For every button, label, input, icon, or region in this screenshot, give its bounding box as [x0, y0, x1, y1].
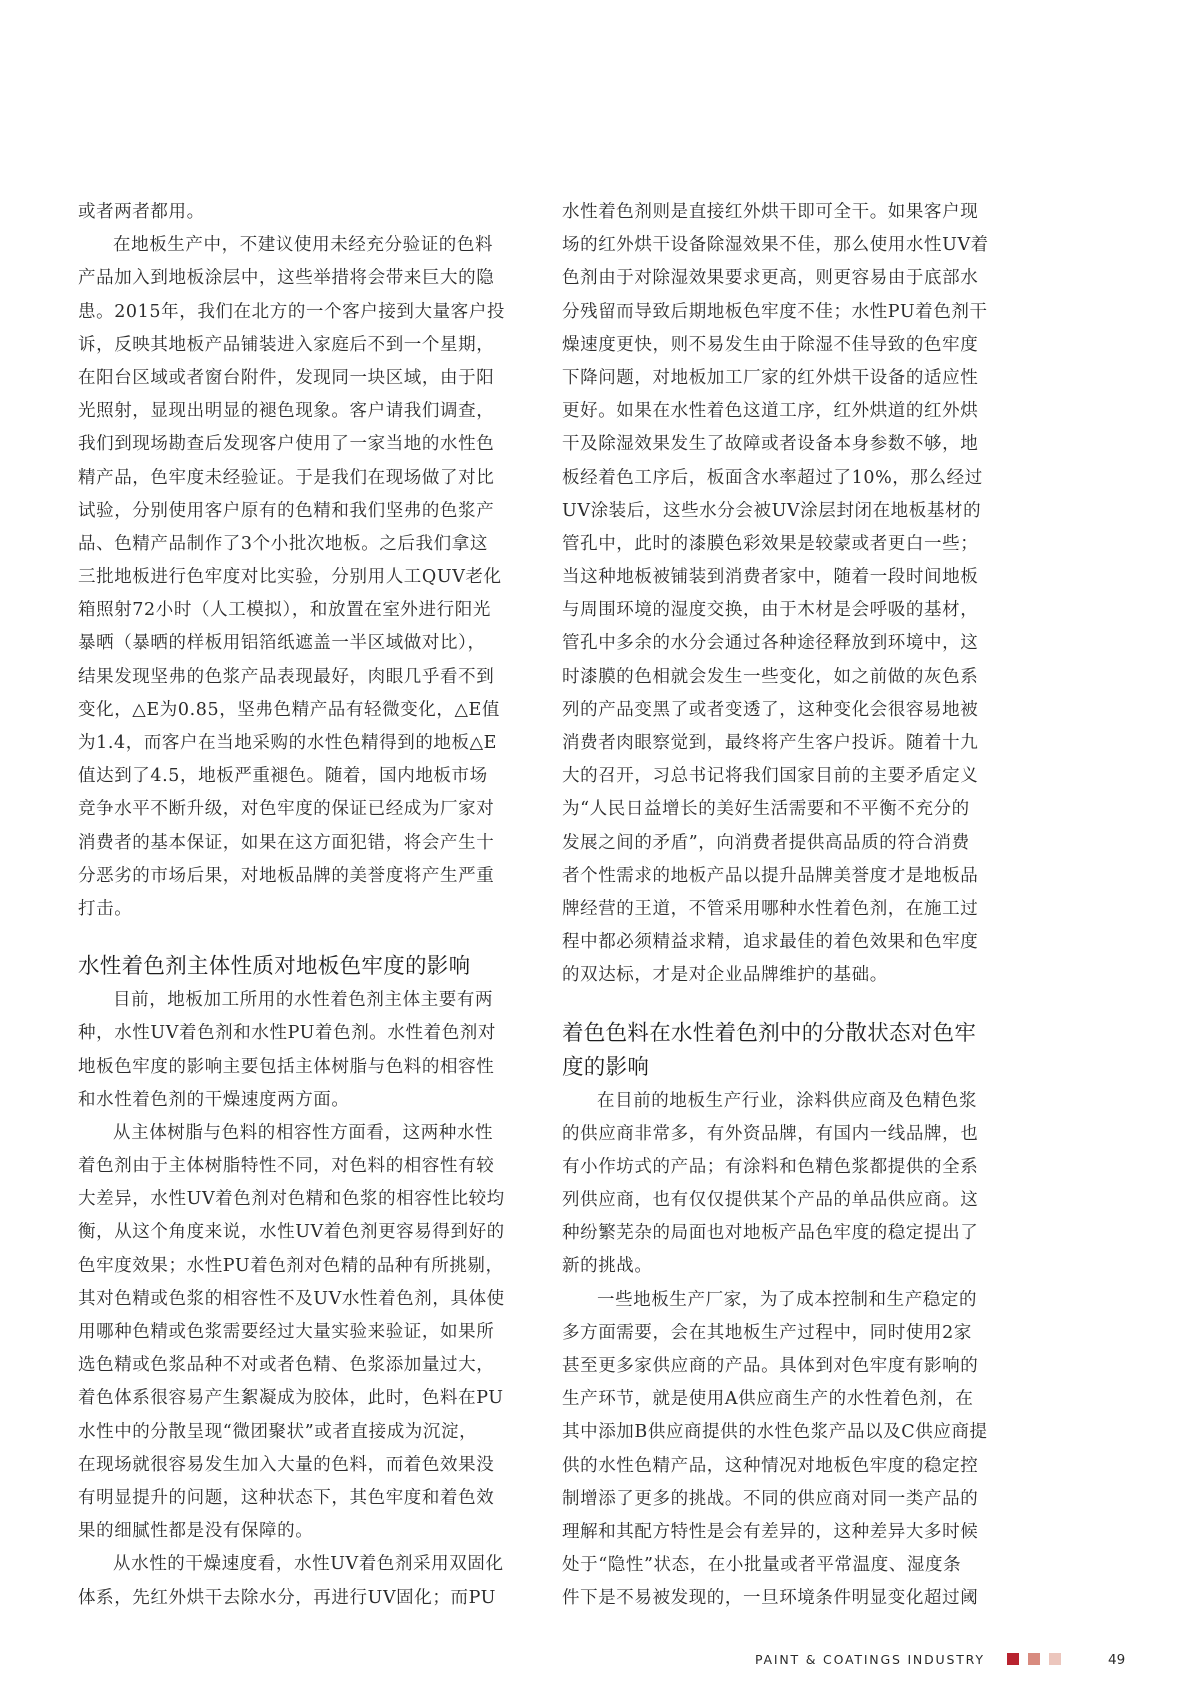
paragraph-line: 和水性着色剂的干燥速度两方面。 [78, 1084, 518, 1117]
section-heading: 着色色料在水性着色剂中的分散状态对色牢 [562, 1017, 1012, 1051]
paragraph-line: 水性着色剂则是直接红外烘干即可全干。如果客户现 [562, 196, 1012, 229]
paragraph-line: 一些地板生产厂家，为了成本控制和生产稳定的 [562, 1284, 1012, 1317]
paragraph-line: 种，水性UV着色剂和水性PU着色剂。水性着色剂对 [78, 1017, 518, 1050]
paragraph-line: 患。2015年，我们在北方的一个客户接到大量客户投 [78, 296, 518, 329]
paragraph-line: 干及除湿效果发生了故障或者设备本身参数不够，地 [562, 428, 1012, 461]
paragraph-line: 制增添了更多的挑战。不同的供应商对同一类产品的 [562, 1483, 1012, 1516]
paragraph-line: UV涂装后，这些水分会被UV涂层封闭在地板基材的 [562, 495, 1012, 528]
paragraph-line: 地板色牢度的影响主要包括主体树脂与色料的相容性 [78, 1051, 518, 1084]
paragraph-line: 燥速度更快，则不易发生由于除湿不佳导致的色牢度 [562, 329, 1012, 362]
paragraph-line: 果的细腻性都是没有保障的。 [78, 1515, 518, 1548]
paragraph-line: 试验，分别使用客户原有的色精和我们坚弗的色浆产 [78, 495, 518, 528]
paragraph-line: 处于“隐性”状态，在小批量或者平常温度、湿度条 [562, 1549, 1012, 1582]
paragraph-line: 分恶劣的市场后果，对地板品牌的美誉度将产生严重 [78, 860, 518, 893]
decor-square-dark-red [1007, 1653, 1019, 1665]
paragraph-line: 时漆膜的色相就会发生一些变化，如之前做的灰色系 [562, 661, 1012, 694]
paragraph-line: 场的红外烘干设备除湿效果不佳，那么使用水性UV着 [562, 229, 1012, 262]
paragraph-line: 衡，从这个角度来说，水性UV着色剂更容易得到好的 [78, 1216, 518, 1249]
paragraph-line: 有明显提升的问题，这种状态下，其色牢度和着色效 [78, 1482, 518, 1515]
paragraph-line: 打击。 [78, 893, 518, 926]
paragraph-line: 竞争水平不断升级，对色牢度的保证已经成为厂家对 [78, 793, 518, 826]
decor-square-medium-red [1028, 1653, 1040, 1665]
paragraph-line: 件下是不易被发现的，一旦环境条件明显变化超过阈 [562, 1582, 1012, 1615]
paragraph-line: 值达到了4.5，地板严重褪色。随着，国内地板市场 [78, 760, 518, 793]
paragraph-line: 牌经营的王道，不管采用哪种水性着色剂，在施工过 [562, 893, 1012, 926]
paragraph-line: 品、色精产品制作了3个小批次地板。之后我们拿这 [78, 528, 518, 561]
page-number: 49 [1108, 1651, 1125, 1669]
paragraph-line: 大差异，水性UV着色剂对色精和色浆的相容性比较均 [78, 1183, 518, 1216]
paragraph-line: 从水性的干燥速度看，水性UV着色剂采用双固化 [78, 1548, 518, 1581]
decor-square-light-red [1049, 1653, 1061, 1665]
paragraph-line: 暴晒（暴晒的样板用铝箔纸遮盖一半区域做对比）， [78, 627, 518, 660]
paragraph-line: 产品加入到地板涂层中，这些举措将会带来巨大的隐 [78, 262, 518, 295]
paragraph-line: 发展之间的矛盾”，向消费者提供高品质的符合消费 [562, 827, 1012, 860]
paragraph-line: 的供应商非常多，有外资品牌，有国内一线品牌，也 [562, 1118, 1012, 1151]
journal-name: PAINT & COATINGS INDUSTRY [755, 1651, 985, 1669]
paragraph-line: 用哪种色精或色浆需要经过大量实验来验证，如果所 [78, 1316, 518, 1349]
left-column: 或者两者都用。在地板生产中，不建议使用未经充分验证的色料产品加入到地板涂层中，这… [78, 196, 518, 1615]
paragraph-line: 甚至更多家供应商的产品。具体到对色牢度有影响的 [562, 1350, 1012, 1383]
paragraph-line: 多方面需要，会在其地板生产过程中，同时使用2家 [562, 1317, 1012, 1350]
paragraph-line: 箱照射72小时（人工模拟），和放置在室外进行阳光 [78, 594, 518, 627]
paragraph-line: 程中都必须精益求精，追求最佳的着色效果和色牢度 [562, 926, 1012, 959]
paragraph-line: 从主体树脂与色料的相容性方面看，这两种水性 [78, 1117, 518, 1150]
page-footer: PAINT & COATINGS INDUSTRY 49 [0, 1651, 1200, 1675]
paragraph-line: 其对色精或色浆的相容性不及UV水性着色剂，具体使 [78, 1283, 518, 1316]
paragraph-line: 我们到现场勘查后发现客户使用了一家当地的水性色 [78, 428, 518, 461]
paragraph-line: 板经着色工序后，板面含水率超过了10%，那么经过 [562, 462, 1012, 495]
paragraph-line: 有小作坊式的产品；有涂料和色精色浆都提供的全系 [562, 1151, 1012, 1184]
paragraph-line: 种纷繁芜杂的局面也对地板产品色牢度的稳定提出了 [562, 1217, 1012, 1250]
paragraph-line: 结果发现坚弗的色浆产品表现最好，肉眼几乎看不到 [78, 661, 518, 694]
spacer [78, 926, 518, 950]
paragraph-line: 大的召开，习总书记将我们国家目前的主要矛盾定义 [562, 760, 1012, 793]
paragraph-line: 在目前的地板生产行业，涂料供应商及色精色浆 [562, 1085, 1012, 1118]
paragraph-line: 管孔中多余的水分会通过各种途径释放到环境中，这 [562, 627, 1012, 660]
spacer [562, 993, 1012, 1017]
paragraph-line: 精产品，色牢度未经验证。于是我们在现场做了对比 [78, 462, 518, 495]
paragraph-line: 变化，△E为0.85，坚弗色精产品有轻微变化，△E值 [78, 694, 518, 727]
paragraph-line: 消费者的基本保证，如果在这方面犯错，将会产生十 [78, 827, 518, 860]
paragraph-line: 当这种地板被铺装到消费者家中，随着一段时间地板 [562, 561, 1012, 594]
paragraph-line: 管孔中，此时的漆膜色彩效果是较蒙或者更白一些； [562, 528, 1012, 561]
paragraph-line: 三批地板进行色牢度对比实验，分别用人工QUV老化 [78, 561, 518, 594]
paragraph-line: 色牢度效果；水性PU着色剂对色精的品种有所挑剔， [78, 1250, 518, 1283]
paragraph-line: 光照射，显现出明显的褪色现象。客户请我们调查， [78, 395, 518, 428]
paragraph-line: 供的水性色精产品，这种情况对地板色牢度的稳定控 [562, 1450, 1012, 1483]
paragraph-line: 目前，地板加工所用的水性着色剂主体主要有两 [78, 984, 518, 1017]
paragraph-line: 其中添加B供应商提供的水性色浆产品以及C供应商提 [562, 1416, 1012, 1449]
paragraph-line: 色剂由于对除湿效果要求更高，则更容易由于底部水 [562, 262, 1012, 295]
paragraph-line: 更好。如果在水性着色这道工序，红外烘道的红外烘 [562, 395, 1012, 428]
paragraph-line: 列供应商，也有仅仅提供某个产品的单品供应商。这 [562, 1184, 1012, 1217]
section-heading: 水性着色剂主体性质对地板色牢度的影响 [78, 950, 518, 984]
paragraph-line: 在阳台区域或者窗台附件，发现同一块区域，由于阳 [78, 362, 518, 395]
paragraph-line: 为1.4，而客户在当地采购的水性色精得到的地板△E [78, 727, 518, 760]
paragraph-line: 体系，先红外烘干去除水分，再进行UV固化；而PU [78, 1582, 518, 1615]
paragraph-line: 列的产品变黑了或者变透了，这种变化会很容易地被 [562, 694, 1012, 727]
paragraph-line: 着色体系很容易产生絮凝成为胶体，此时，色料在PU [78, 1382, 518, 1415]
section-heading: 度的影响 [562, 1051, 1012, 1085]
paragraph-line: 诉，反映其地板产品铺装进入家庭后不到一个星期， [78, 329, 518, 362]
paragraph-line: 理解和其配方特性是会有差异的，这种差异大多时候 [562, 1516, 1012, 1549]
paragraph-line: 或者两者都用。 [78, 196, 518, 229]
right-column: 水性着色剂则是直接红外烘干即可全干。如果客户现场的红外烘干设备除湿效果不佳，那么… [562, 196, 1012, 1616]
paragraph-line: 选色精或色浆品种不对或者色精、色浆添加量过大， [78, 1349, 518, 1382]
paragraph-line: 者个性需求的地板产品以提升品牌美誉度才是地板品 [562, 860, 1012, 893]
paragraph-line: 的双达标，才是对企业品牌维护的基础。 [562, 959, 1012, 992]
paragraph-line: 分残留而导致后期地板色牢度不佳；水性PU着色剂干 [562, 296, 1012, 329]
paragraph-line: 在现场就很容易发生加入大量的色料，而着色效果没 [78, 1449, 518, 1482]
paragraph-line: 在地板生产中，不建议使用未经充分验证的色料 [78, 229, 518, 262]
paragraph-line: 生产环节，就是使用A供应商生产的水性着色剂，在 [562, 1383, 1012, 1416]
paragraph-line: 下降问题，对地板加工厂家的红外烘干设备的适应性 [562, 362, 1012, 395]
paragraph-line: 新的挑战。 [562, 1250, 1012, 1283]
paragraph-line: 着色剂由于主体树脂特性不同，对色料的相容性有较 [78, 1150, 518, 1183]
paragraph-line: 水性中的分散呈现“微团聚状”或者直接成为沉淀， [78, 1416, 518, 1449]
paragraph-line: 消费者肉眼察觉到，最终将产生客户投诉。随着十九 [562, 727, 1012, 760]
paragraph-line: 与周围环境的湿度交换，由于木材是会呼吸的基材， [562, 594, 1012, 627]
paragraph-line: 为“人民日益增长的美好生活需要和不平衡不充分的 [562, 793, 1012, 826]
